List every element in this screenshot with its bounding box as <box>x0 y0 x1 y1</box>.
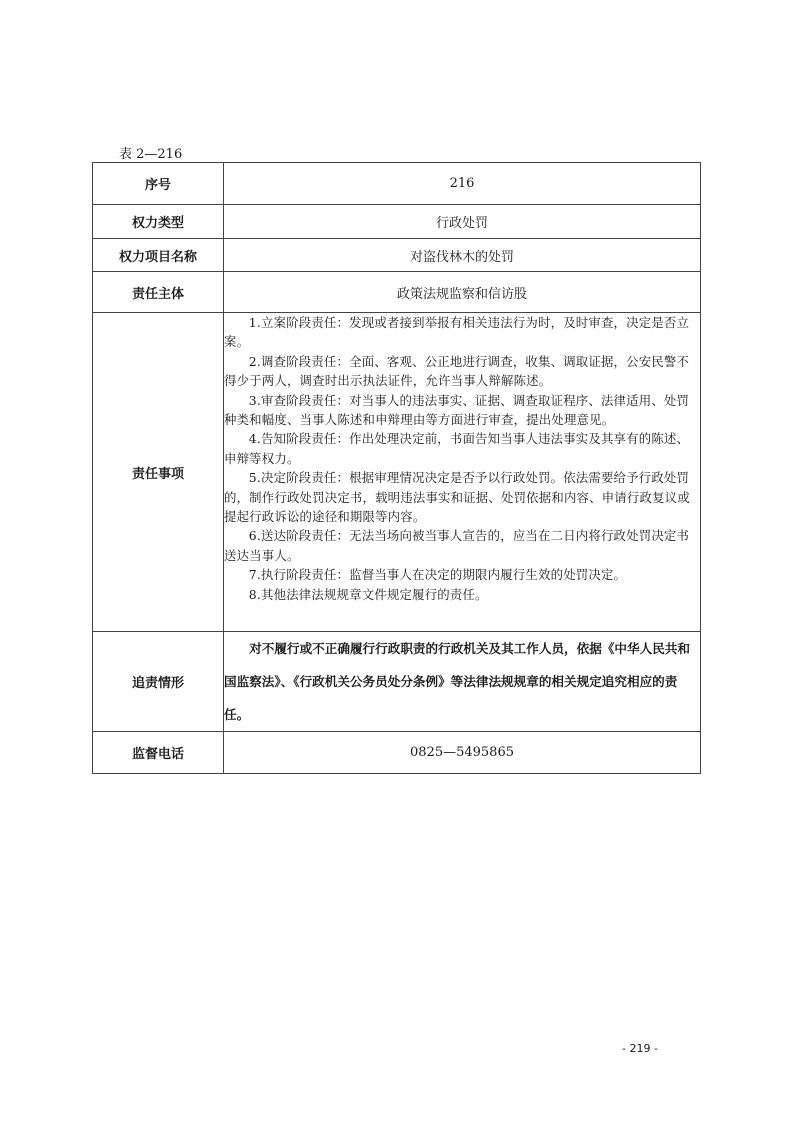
responsibility-table: 序号 216 权力类型 行政处罚 权力项目名称 对盗伐林木的处罚 责任主体 政策… <box>92 162 701 774</box>
responsibility-item: 3.审查阶段责任：对当事人的违法事实、证据、调查取证程序、法律适用、处罚种类和幅… <box>224 391 700 430</box>
row-value: 对盗伐林木的处罚 <box>224 239 701 272</box>
accountability-text: 对不履行或不正确履行行政职责的行政机关及其工作人员，依据《中华人民共和国监察法》… <box>224 632 701 732</box>
responsibility-item: 5.决定阶段责任：根据审理情况决定是否予以行政处罚。依法需要给予行政处罚的，制作… <box>224 468 700 526</box>
responsibility-item: 7.执行阶段责任：监督当事人在决定的期限内履行生效的处罚决定。 <box>224 565 700 584</box>
responsibility-item: 6.送达阶段责任：无法当场向被当事人宣告的，应当在二日内将行政处罚决定书送达当事… <box>224 526 700 565</box>
row-label: 权力类型 <box>93 205 224 239</box>
responsibility-item: 1.立案阶段责任：发现或者接到举报有相关违法行为时，及时审查，决定是否立案。 <box>224 313 700 352</box>
responsibility-item: 2.调查阶段责任：全面、客观、公正地进行调查，收集、调取证据，公安民警不得少于两… <box>224 352 700 391</box>
table-row-serial: 序号 216 <box>93 163 701 205</box>
table-row-power-type: 权力类型 行政处罚 <box>93 205 701 239</box>
row-label: 责任主体 <box>93 272 224 313</box>
table-row-supervision-phone: 监督电话 0825—5495865 <box>93 732 701 774</box>
table-row-responsible-entity: 责任主体 政策法规监察和信访股 <box>93 272 701 313</box>
responsibility-item: 4.告知阶段责任：作出处理决定前，书面告知当事人违法事实及其享有的陈述、申辩等权… <box>224 429 700 468</box>
table-caption: 表 2—216 <box>119 143 182 162</box>
responsibility-item: 8.其他法律法规规章文件规定履行的责任。 <box>224 585 700 604</box>
row-label: 责任事项 <box>93 313 224 632</box>
table-row-accountability: 追责情形 对不履行或不正确履行行政职责的行政机关及其工作人员，依据《中华人民共和… <box>93 632 701 732</box>
row-label: 权力项目名称 <box>93 239 224 272</box>
table-row-responsibilities: 责任事项 1.立案阶段责任：发现或者接到举报有相关违法行为时，及时审查，决定是否… <box>93 313 701 632</box>
row-value: 政策法规监察和信访股 <box>224 272 701 313</box>
row-value: 216 <box>224 163 701 205</box>
table-row-power-item-name: 权力项目名称 对盗伐林木的处罚 <box>93 239 701 272</box>
accountability-paragraph: 对不履行或不正确履行行政职责的行政机关及其工作人员，依据《中华人民共和国监察法》… <box>224 632 700 731</box>
supervision-phone: 0825—5495865 <box>224 732 701 774</box>
responsibilities-list: 1.立案阶段责任：发现或者接到举报有相关违法行为时，及时审查，决定是否立案。 2… <box>224 313 701 632</box>
page-number: - 219 - <box>622 1042 658 1055</box>
row-value: 行政处罚 <box>224 205 701 239</box>
row-label: 序号 <box>93 163 224 205</box>
row-label: 追责情形 <box>93 632 224 732</box>
row-label: 监督电话 <box>93 732 224 774</box>
